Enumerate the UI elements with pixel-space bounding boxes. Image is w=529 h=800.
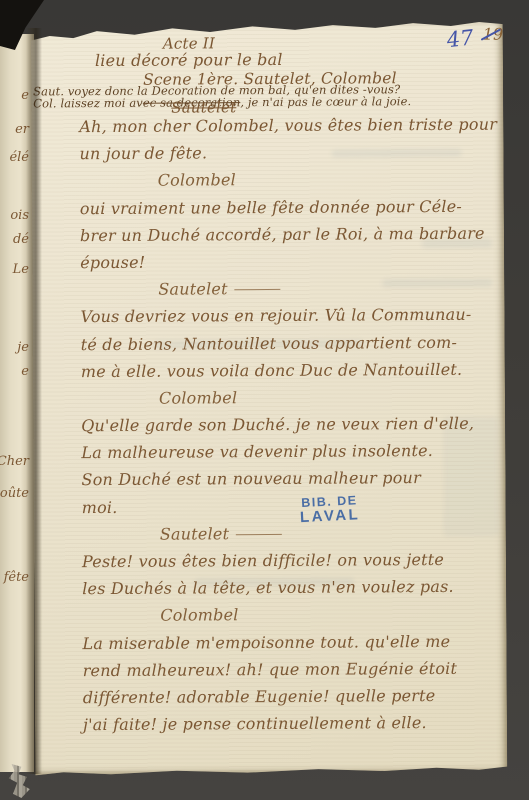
- speaker-heading: Colombel: [80, 165, 494, 195]
- dialogue-line: oui vraiment une belle fête donnée pour …: [80, 192, 494, 222]
- margin-fragment: fête: [4, 570, 29, 585]
- dialogue-line: épouse!: [80, 247, 494, 277]
- margin-fragment: Cher: [0, 454, 29, 469]
- dialogue-line: Son Duché est un nouveau malheur pour: [81, 464, 495, 494]
- setting-line: lieu décoré pour le bal: [95, 50, 283, 70]
- margin-fragment: goûte: [0, 486, 29, 501]
- old-page-number: 19: [483, 25, 503, 44]
- speaker-heading: Sautelet: [80, 274, 494, 304]
- dialogue-line: brer un Duché accordé, par le Roi, à ma …: [80, 219, 494, 249]
- margin-fragment: er: [15, 122, 29, 137]
- margin-fragment: je: [17, 340, 29, 355]
- interlinear-text: , je n'ai pas le cœur à la joie.: [240, 94, 411, 109]
- page-number: 47: [446, 25, 475, 52]
- dialogue-line: La malheureuse va devenir plus insolente…: [81, 437, 495, 467]
- dialogue-column: Ah, mon cher Colombel, vous êtes bien tr…: [79, 111, 497, 739]
- speaker-heading: Colombel: [81, 382, 495, 412]
- margin-fragment: e: [21, 88, 29, 103]
- speaker-heading: Sautelet: [82, 518, 496, 548]
- margin-fragment: Le: [13, 262, 29, 277]
- dialogue-line: me à elle. vous voila donc Duc de Nantou…: [81, 355, 495, 385]
- previous-page-edge: e er élé ois dé Le je e Cher goûte fête: [0, 34, 34, 772]
- dialogue-line: différente! adorable Eugenie! quelle per…: [83, 682, 497, 712]
- dialogue-line: Ah, mon cher Colombel, vous êtes bien tr…: [79, 111, 493, 141]
- interlinear-text: Col. laissez moi av: [33, 96, 143, 111]
- dialogue-line: rend malheureux! ah! que mon Eugénie éto…: [83, 654, 497, 684]
- dialogue-line: La miserable m'empoisonne tout. qu'elle …: [82, 627, 496, 657]
- interlinear-line-2: Col. laissez moi avec sa decoration, je …: [33, 94, 499, 111]
- dialogue-line: té de biens, Nantouillet vous appartient…: [81, 328, 495, 358]
- margin-fragment: e: [21, 364, 29, 379]
- speaker-heading: Colombel: [82, 600, 496, 630]
- margin-fragment: dé: [13, 232, 29, 247]
- dialogue-line: les Duchés à la tête, et vous n'en voule…: [82, 573, 496, 603]
- margin-fragment: élé: [9, 150, 29, 165]
- dialogue-line: Qu'elle garde son Duché. je ne veux rien…: [81, 410, 495, 440]
- stamp-line-2: LAVAL: [300, 507, 361, 526]
- dialogue-line: moi.: [82, 491, 496, 521]
- dialogue-line: Peste! vous êtes bien difficile! on vous…: [82, 546, 496, 576]
- dialogue-line: Vous devriez vous en rejouir. Vû la Comm…: [80, 301, 494, 331]
- margin-fragment: ois: [10, 208, 29, 223]
- dialogue-line: un jour de fête.: [79, 138, 493, 168]
- library-stamp: BIB. DE LAVAL: [299, 494, 361, 526]
- dialogue-line: j'ai faite! je pense continuellement à e…: [83, 709, 497, 739]
- manuscript-page: Acte II lieu décoré pour le bal Scene 1è…: [31, 17, 508, 776]
